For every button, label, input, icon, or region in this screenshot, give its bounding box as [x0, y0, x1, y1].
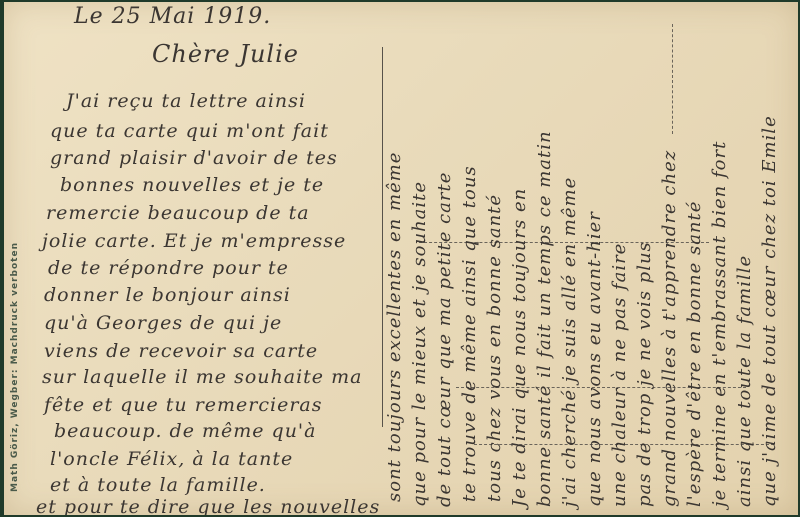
text-line: que ta carte qui m'ont fait [50, 120, 329, 142]
text-line: que pour le mieux et je souhaite [409, 181, 430, 507]
text-line: te trouve de même ainsi que tous [459, 165, 480, 502]
text-line: que nous avons eu avant-hier [584, 211, 605, 507]
text-line: j'ai cherché je suis allé en même [559, 177, 580, 507]
postcard: Le 25 Mai 1919. Chère Julie J'ai reçu ta… [4, 2, 798, 515]
text-line: de te répondre pour te [48, 257, 289, 279]
card-divider-line [382, 47, 383, 427]
text-line: bonne santé il fait un temps ce matin [534, 130, 555, 507]
text-line: bonnes nouvelles et je te [60, 174, 324, 196]
text-line: donner le bonjour ainsi [44, 284, 291, 306]
text-line: J'ai reçu ta lettre ainsi [66, 90, 306, 112]
text-line: qu'à Georges de qui je [44, 312, 282, 334]
text-line: remercie beaucoup de ta [46, 202, 310, 224]
text-line: grand plaisir d'avoir de tes [50, 147, 338, 169]
publisher-imprint: Math Göriz, Wegber: Machdruck verboten [10, 242, 20, 492]
text-line: ainsi que toute la famille [734, 255, 755, 507]
text-line: grand nouvelles à t'apprendre chez [659, 150, 680, 507]
text-line: l'oncle Félix, à la tante [50, 448, 293, 470]
text-line: et à toute la famille. [50, 474, 266, 496]
text-line: sur laquelle il me souhaite ma [42, 366, 362, 388]
text-line: beaucoup. de même qu'à [54, 420, 317, 442]
address-line [672, 24, 674, 134]
text-line: et pour te dire que les nouvelles [36, 496, 380, 515]
text-line: de tout cœur que ma petite carte [434, 172, 455, 507]
text-line: fête et que tu remercieras [44, 394, 323, 416]
text-line: que j'aime de tout cœur chez toi Emile [759, 115, 780, 507]
text-line: jolie carte. Et je m'empresse [42, 230, 346, 252]
text-line: tous chez vous en bonne santé [484, 194, 505, 502]
text-line: l'espère d'être en bonne santé [684, 201, 705, 507]
text-line: sont toujours excellentes en même [384, 152, 405, 502]
text-line: une chaleur à ne pas faire [609, 243, 630, 507]
text-line: viens de recevoir sa carte [44, 340, 318, 362]
text-line: je termine en t'embrassant bien fort [709, 141, 730, 507]
date: Le 25 Mai 1919. [74, 4, 271, 29]
text-line: Je te dirai que nous toujours en [509, 188, 530, 507]
salutation: Chère Julie [152, 40, 299, 68]
text-line: pas de trop je ne vois plus [634, 241, 655, 507]
